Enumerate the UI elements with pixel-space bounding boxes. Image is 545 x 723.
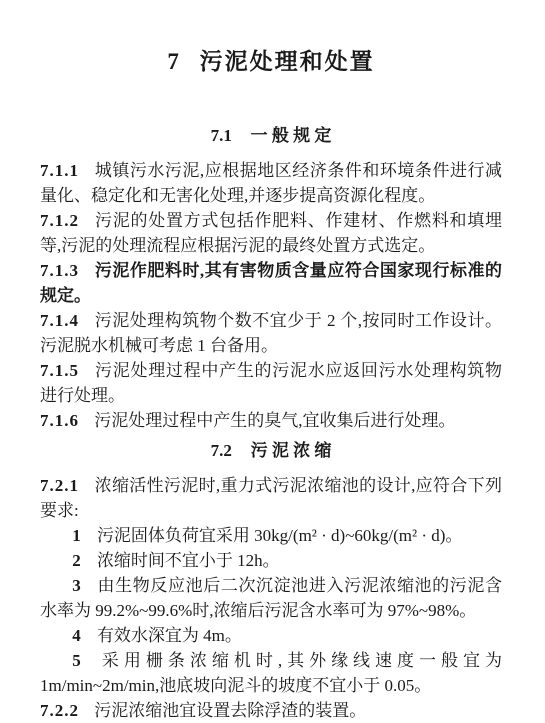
clause-text: 污泥处理过程中产生的臭气,宜收集后进行处理。	[94, 411, 455, 430]
item-number: 2	[72, 551, 81, 570]
clause-number: 7.1.6	[40, 411, 79, 430]
clause-7-1-1: 7.1.1城镇污水污泥,应根据地区经济条件和环境条件进行减量化、稳定化和无害化处…	[40, 158, 502, 208]
clause-text: 城镇污水污泥,应根据地区经济条件和环境条件进行减量化、稳定化和无害化处理,并逐步…	[40, 161, 502, 205]
clause-text: 污泥处理过程中产生的污泥水应返回污水处理构筑物进行处理。	[40, 361, 502, 405]
clause-number: 7.2.2	[40, 701, 79, 720]
item-number: 1	[72, 526, 81, 545]
chapter-title: 7污泥处理和处置	[40, 48, 502, 76]
list-item-1: 1污泥固体负荷宜采用 30kg/(m² · d)~60kg/(m² · d)。	[40, 523, 502, 548]
item-text: 采用栅条浓缩机时,其外缘线速度一般宜为 1m/min~2m/min,池底坡向泥斗…	[40, 651, 502, 695]
list-item-2: 2浓缩时间不宜小于 12h。	[40, 548, 502, 573]
clause-7-1-2: 7.1.2污泥的处置方式包括作肥料、作建材、作燃料和填埋等,污泥的处理流程应根据…	[40, 208, 502, 258]
section-title: 一 般 规 定	[251, 126, 332, 145]
item-number: 4	[72, 626, 81, 645]
clause-7-1-6: 7.1.6污泥处理过程中产生的臭气,宜收集后进行处理。	[40, 408, 502, 433]
clause-7-1-5: 7.1.5污泥处理过程中产生的污泥水应返回污水处理构筑物进行处理。	[40, 358, 502, 408]
clause-number: 7.1.5	[40, 361, 79, 380]
item-text: 由生物反应池后二次沉淀池进入污泥浓缩池的污泥含水率为 99.2%~99.6%时,…	[40, 576, 502, 620]
clause-7-2-1: 7.2.1浓缩活性污泥时,重力式污泥浓缩池的设计,应符合下列要求:	[40, 473, 502, 523]
clause-text: 污泥的处置方式包括作肥料、作建材、作燃料和填埋等,污泥的处理流程应根据污泥的最终…	[40, 211, 502, 255]
clause-7-1-4: 7.1.4污泥处理构筑物个数不宜少于 2 个,按同时工作设计。污泥脱水机械可考虑…	[40, 308, 502, 358]
item-number: 5	[72, 651, 81, 670]
clause-number: 7.1.2	[40, 211, 79, 230]
section-number: 7.2	[211, 441, 232, 460]
clause-7-1-3: 7.1.3污泥作肥料时,其有害物质含量应符合国家现行标准的规定。	[40, 258, 502, 308]
document-page: 7污泥处理和处置 7.1一 般 规 定 7.1.1城镇污水污泥,应根据地区经济条…	[0, 0, 545, 723]
list-item-4: 4有效水深宜为 4m。	[40, 623, 502, 648]
section-heading-7-1: 7.1一 般 规 定	[40, 124, 502, 148]
clause-text: 污泥浓缩池宜设置去除浮渣的装置。	[94, 701, 366, 720]
clause-number: 7.2.1	[40, 476, 79, 495]
chapter-number: 7	[167, 49, 179, 74]
clause-text: 浓缩活性污泥时,重力式污泥浓缩池的设计,应符合下列要求:	[40, 476, 502, 520]
clause-text: 污泥处理构筑物个数不宜少于 2 个,按同时工作设计。污泥脱水机械可考虑 1 台备…	[40, 311, 502, 355]
section-title: 污 泥 浓 缩	[251, 441, 332, 460]
item-text: 有效水深宜为 4m。	[97, 626, 242, 645]
clause-number: 7.1.4	[40, 311, 79, 330]
clause-7-2-2: 7.2.2污泥浓缩池宜设置去除浮渣的装置。	[40, 698, 502, 723]
section-heading-7-2: 7.2污 泥 浓 缩	[40, 439, 502, 463]
clause-number: 7.1.3	[40, 261, 79, 280]
section-number: 7.1	[211, 126, 232, 145]
list-item-5: 5采用栅条浓缩机时,其外缘线速度一般宜为 1m/min~2m/min,池底坡向泥…	[40, 648, 502, 698]
list-item-3: 3由生物反应池后二次沉淀池进入污泥浓缩池的污泥含水率为 99.2%~99.6%时…	[40, 573, 502, 623]
item-text: 浓缩时间不宜小于 12h。	[97, 551, 280, 570]
item-number: 3	[72, 576, 81, 595]
chapter-name: 污泥处理和处置	[200, 49, 375, 74]
item-text: 污泥固体负荷宜采用 30kg/(m² · d)~60kg/(m² · d)。	[97, 526, 463, 545]
clause-number: 7.1.1	[40, 161, 79, 180]
clause-text: 污泥作肥料时,其有害物质含量应符合国家现行标准的规定。	[40, 261, 502, 305]
